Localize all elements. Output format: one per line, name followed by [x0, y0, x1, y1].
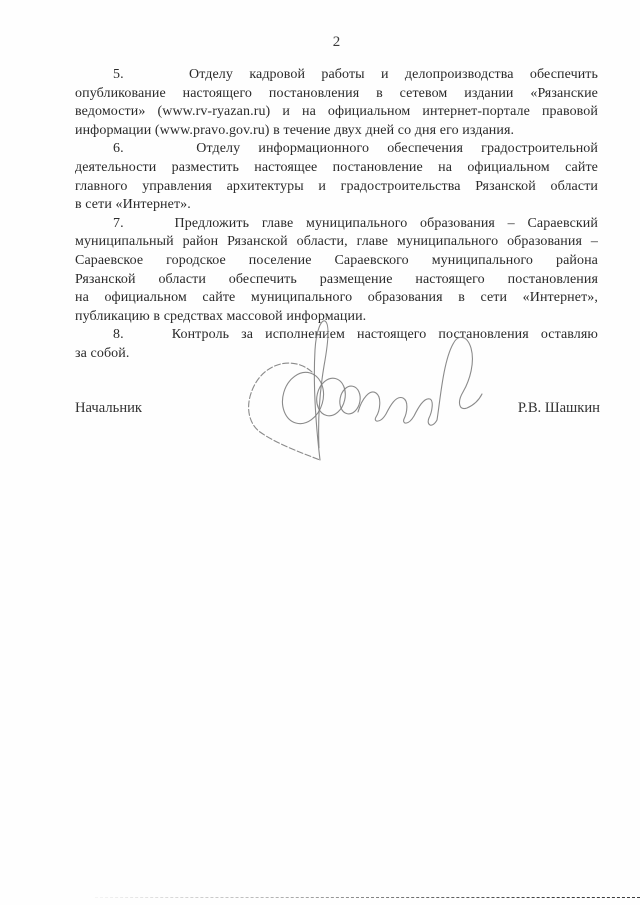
- body-line: Сараевское городское поселение Сараевско…: [75, 252, 598, 271]
- paragraph-item-6: 6. Отделу информационного обеспечения гр…: [75, 140, 598, 214]
- body-line: деятельности разместить настоящее постан…: [75, 159, 598, 178]
- body-line: за собой.: [75, 345, 598, 364]
- body-line: 7. Предложить главе муниципального образ…: [75, 215, 598, 234]
- body-line: муниципальный район Рязанской области, г…: [75, 233, 598, 252]
- scan-artifact-fade: [95, 896, 640, 900]
- scanned-document-page: 2 5. Отделу кадровой работы и делопроизв…: [0, 0, 640, 905]
- page-number: 2: [75, 34, 598, 51]
- body-line: опубликование настоящего постановления в…: [75, 85, 598, 104]
- body-line: 5. Отделу кадровой работы и делопроизвод…: [75, 66, 598, 85]
- signature-block: Начальник Р.В. Шашкин: [75, 400, 600, 417]
- signer-position-title: Начальник: [75, 400, 142, 417]
- document-body: 5. Отделу кадровой работы и делопроизвод…: [75, 66, 598, 364]
- body-line: публикацию в средствах массовой информац…: [75, 308, 598, 327]
- paragraph-item-5: 5. Отделу кадровой работы и делопроизвод…: [75, 66, 598, 140]
- paragraph-item-7: 7. Предложить главе муниципального образ…: [75, 215, 598, 327]
- body-line: в сети «Интернет».: [75, 196, 598, 215]
- body-line: 6. Отделу информационного обеспечения гр…: [75, 140, 598, 159]
- body-line: 8. Контроль за исполнением настоящего по…: [75, 326, 598, 345]
- paragraph-item-8: 8. Контроль за исполнением настоящего по…: [75, 326, 598, 363]
- body-line: на официальном сайте муниципального обра…: [75, 289, 598, 308]
- signer-name: Р.В. Шашкин: [518, 400, 600, 417]
- body-line: главного управления архитектуры и градос…: [75, 178, 598, 197]
- body-line: ведомости» (www.rv-ryazan.ru) и на офици…: [75, 103, 598, 122]
- body-line: информации (www.pravo.gov.ru) в течение …: [75, 122, 598, 141]
- body-line: Рязанской области обеспечить размещение …: [75, 271, 598, 290]
